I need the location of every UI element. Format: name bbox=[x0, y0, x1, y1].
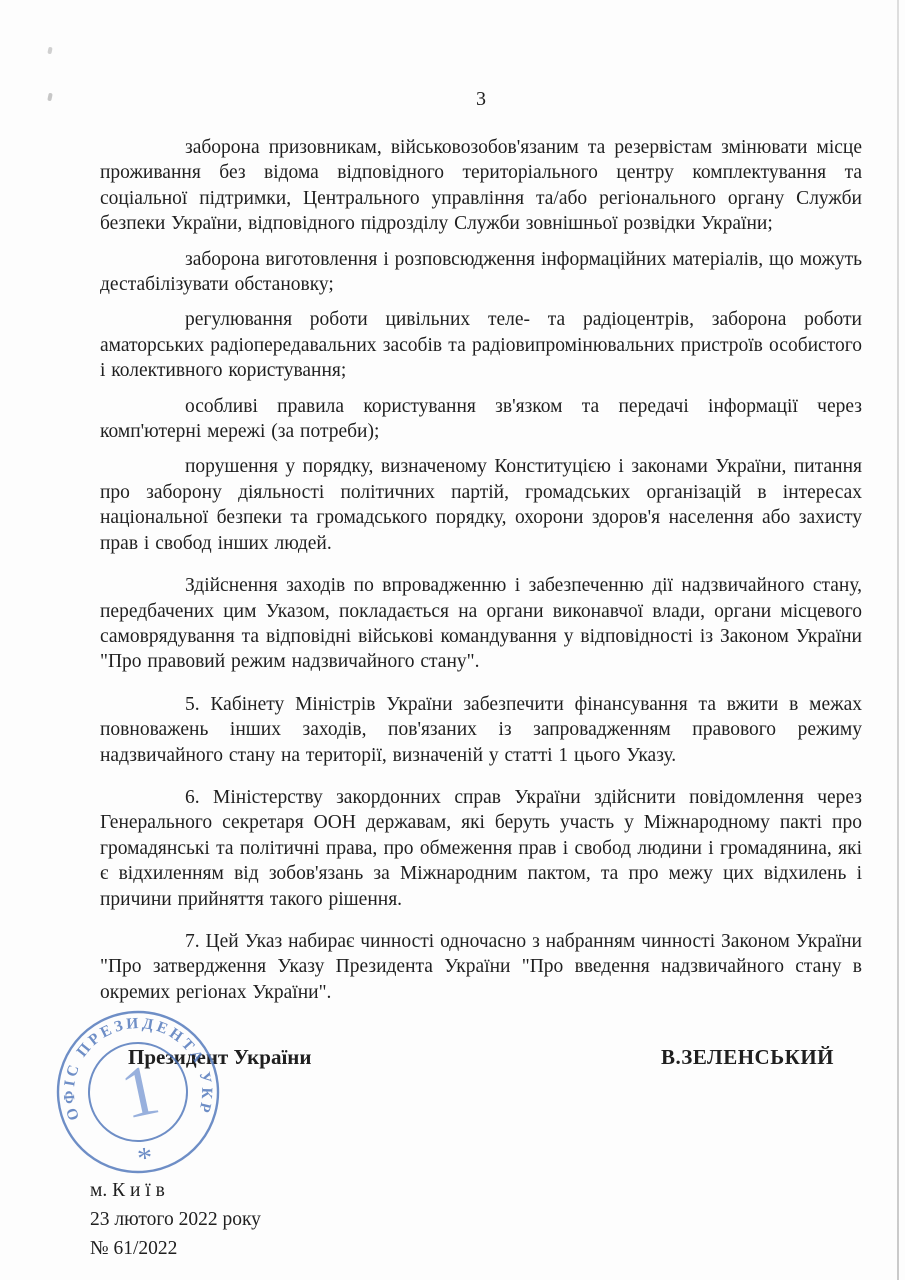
paragraph-communication-rules: особливі правила користування зв'язком т… bbox=[100, 394, 862, 445]
signature-title: Президент України bbox=[128, 1045, 311, 1070]
paragraph-item-7-entry-into-force: 7. Цей Указ набирає чинності одночасно з… bbox=[100, 929, 862, 1005]
signature-row: Президент України В.ЗЕЛЕНСЬКИЙ bbox=[100, 1045, 862, 1070]
scan-speck bbox=[47, 93, 53, 102]
footer-date: 23 лютого 2022 року bbox=[90, 1205, 261, 1234]
paragraph-radio-regulation: регулювання роботи цивільних теле- та ра… bbox=[100, 307, 862, 383]
paragraph-parties-ban: порушення у порядку, визначеному Констит… bbox=[100, 454, 862, 556]
document-page: 3 заборона призовникам, військовозобов'я… bbox=[0, 0, 905, 1280]
footer-city: м. К и ї в bbox=[90, 1176, 261, 1205]
scan-edge-line bbox=[897, 0, 899, 1280]
footer-decree-number: № 61/2022 bbox=[90, 1234, 261, 1263]
paragraph-item-5-cabinet: 5. Кабінету Міністрів України забезпечит… bbox=[100, 692, 862, 768]
page-number: 3 bbox=[100, 88, 862, 111]
paragraph-info-materials-ban: заборона виготовлення і розповсюдження і… bbox=[100, 247, 862, 298]
paragraph-restriction-conscripts: заборона призовникам, військовозобов'яза… bbox=[100, 135, 862, 237]
decree-footer: м. К и ї в 23 лютого 2022 року № 61/2022 bbox=[90, 1176, 261, 1263]
stamp-asterisk: * bbox=[136, 1141, 154, 1175]
paragraph-item-6-mfa: 6. Міністерству закордонних справ Україн… bbox=[100, 785, 862, 912]
paragraph-implementation: Здійснення заходів по впровадженню і заб… bbox=[100, 573, 862, 675]
decree-body: 3 заборона призовникам, військовозобов'я… bbox=[100, 88, 862, 1070]
signature-name: В.ЗЕЛЕНСЬКИЙ bbox=[661, 1045, 834, 1070]
scan-speck bbox=[47, 47, 52, 55]
